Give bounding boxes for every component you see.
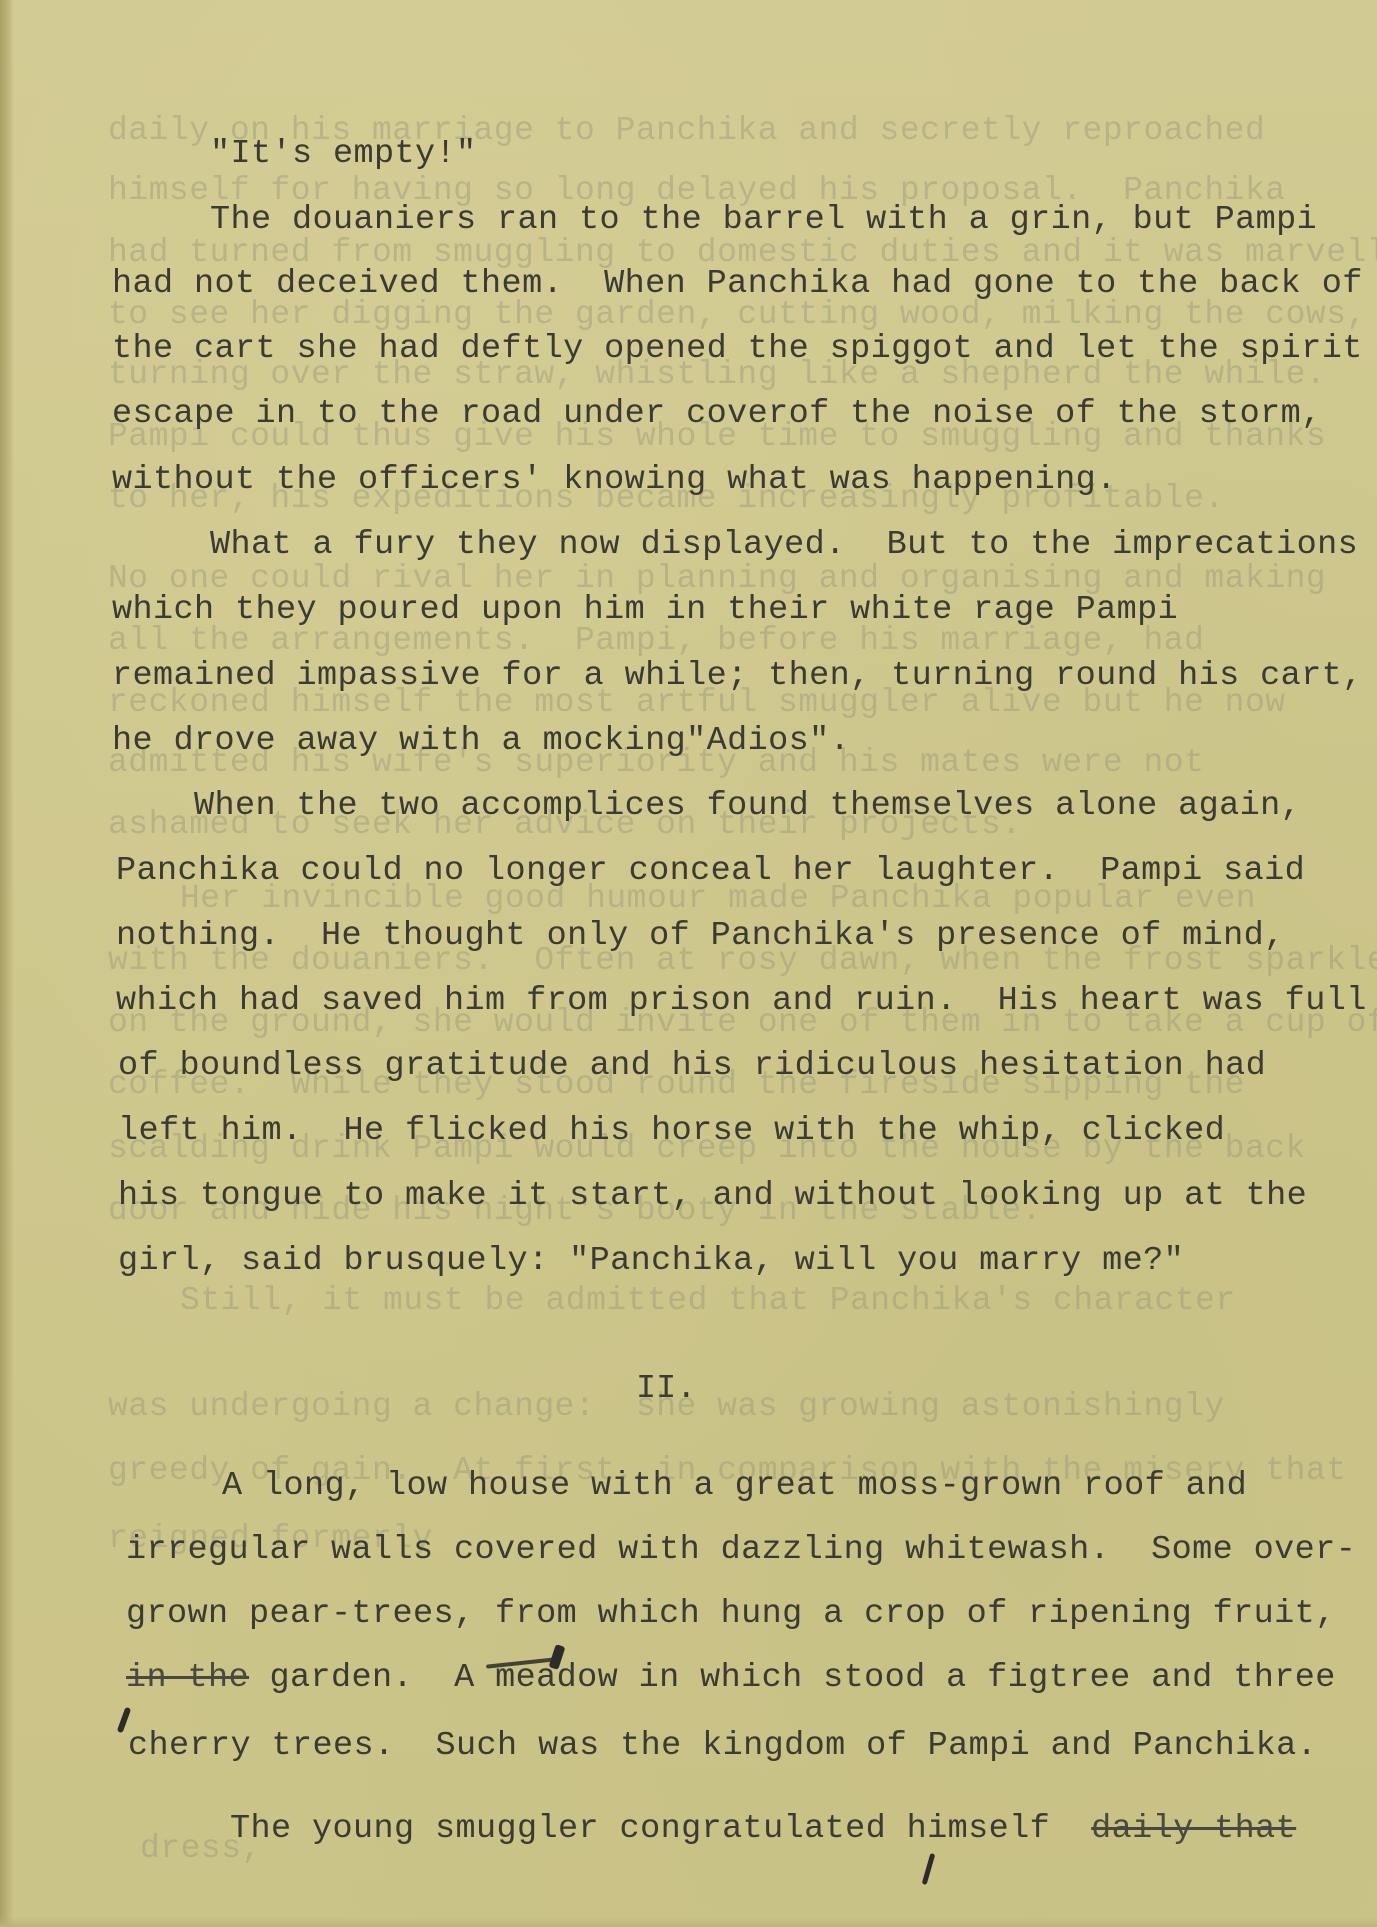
typed-line: without the officers' knowing what was h… <box>112 464 1117 498</box>
line-text: garden. A meadow in which stood a figtre… <box>249 1659 1336 1697</box>
typed-line: The young smuggler congratulated himself… <box>230 1813 1296 1847</box>
typed-line: he drove away with a mocking"Adios". <box>112 725 850 759</box>
bleed-through-line: Still, it must be admitted that Panchika… <box>180 1282 1236 1319</box>
page-bottom-edge <box>0 1917 1377 1927</box>
section-heading-ii: II. <box>636 1370 696 1408</box>
line-text: The young smuggler congratulated himself <box>230 1810 1091 1848</box>
typed-line: nothing. He thought only of Panchika's p… <box>116 920 1285 954</box>
typed-line: of boundless gratitude and his ridiculou… <box>118 1050 1266 1084</box>
typed-line: escape in to the road under coverof the … <box>112 398 1322 432</box>
struck-through-text: in the <box>126 1659 249 1697</box>
typed-line: in the garden. A meadow in which stood a… <box>126 1662 1336 1696</box>
typed-line: cherry trees. Such was the kingdom of Pa… <box>128 1730 1317 1764</box>
typed-line: The douaniers ran to the barrel with a g… <box>210 204 1317 238</box>
typed-line: which had saved him from prison and ruin… <box>116 985 1367 1019</box>
page-left-edge-shadow <box>0 0 14 1927</box>
ink-correction-stroke-himself <box>922 1853 936 1885</box>
typed-line: A long, low house with a great moss-grow… <box>222 1470 1247 1504</box>
typed-line: "It's empty!" <box>210 138 477 172</box>
typed-line: grown pear-trees, from which hung a crop… <box>126 1598 1336 1632</box>
typed-line: his tongue to make it start, and without… <box>118 1180 1307 1214</box>
typed-line: remained impassive for a while; then, tu… <box>112 660 1363 694</box>
typed-line: When the two accomplices found themselve… <box>194 790 1301 824</box>
typed-line: which they poured upon him in their whit… <box>112 594 1178 628</box>
struck-through-text: daily that <box>1091 1810 1296 1848</box>
typed-line: What a fury they now displayed. But to t… <box>210 529 1358 563</box>
paper-page: daily on his marriage to Panchika and se… <box>0 0 1377 1927</box>
typed-line: left him. He flicked his horse with the … <box>118 1115 1225 1149</box>
typed-line: irregular walls covered with dazzling wh… <box>126 1534 1356 1568</box>
typed-line: girl, said brusquely: "Panchika, will yo… <box>118 1245 1184 1279</box>
typed-line: the cart she had deftly opened the spigg… <box>112 333 1363 367</box>
typed-line: had not deceived them. When Panchika had… <box>112 268 1363 302</box>
typed-line: Panchika could no longer conceal her lau… <box>116 855 1305 889</box>
